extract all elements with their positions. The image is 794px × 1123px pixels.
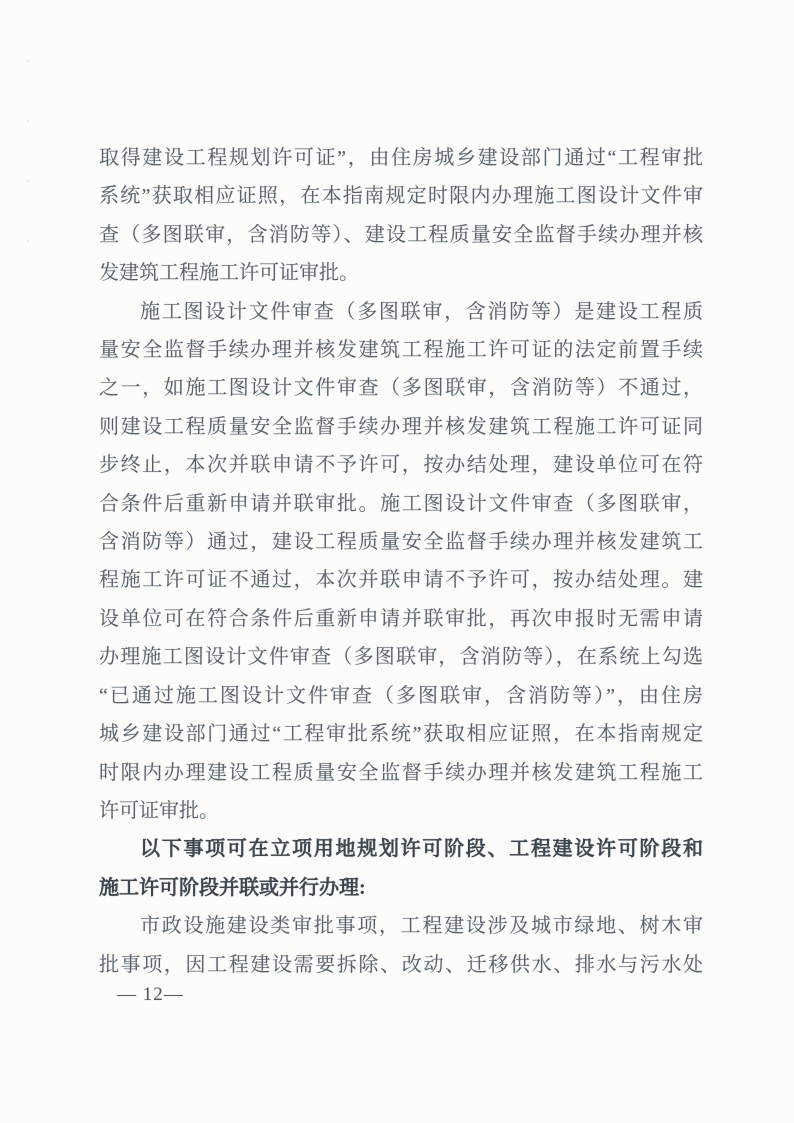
text-line: 合条件后重新申请并联审批。施工图设计文件审查（多图联审， <box>99 485 703 523</box>
text-line: 系统”获取相应证照，在本指南规定时限内办理施工图设计文件审 <box>99 177 703 215</box>
paragraph: 施工图设计文件审查（多图联审，含消防等）是建设工程质 量安全监督手续办理并核发建… <box>99 293 703 831</box>
document-page: 取得建设工程规划许可证”，由住房城乡建设部门通过“工程审批 系统”获取相应证照，… <box>0 0 794 1123</box>
text-line: 办理施工图设计文件审查（多图联审，含消防等），在系统上勾选 <box>99 638 703 676</box>
text-line: 步终止，本次并联申请不予许可，按办结处理，建设单位可在符 <box>99 446 703 484</box>
text-line: 施工许可阶段并联或并行办理: <box>99 869 703 907</box>
paragraph: 市政设施建设类审批事项，工程建设涉及城市绿地、树木审 批事项，因工程建设需要拆除… <box>99 907 703 984</box>
page-number: — 12— <box>117 984 184 1006</box>
text-line: 以下事项可在立项用地规划许可阶段、工程建设许可阶段和 <box>99 830 703 868</box>
text-line: 批事项，因工程建设需要拆除、改动、迁移供水、排水与污水处 <box>99 946 703 984</box>
text-line: 查（多图联审，含消防等）、建设工程质量安全监督手续办理并核 <box>99 216 703 254</box>
scan-artifact <box>27 60 29 260</box>
text-line: 之一，如施工图设计文件审查（多图联审，含消防等）不通过， <box>99 369 703 407</box>
text-line: “已通过施工图设计文件审查（多图联审，含消防等）”，由住房 <box>99 677 703 715</box>
paragraph: 取得建设工程规划许可证”，由住房城乡建设部门通过“工程审批 系统”获取相应证照，… <box>99 139 703 293</box>
text-line: 含消防等）通过，建设工程质量安全监督手续办理并核发建筑工 <box>99 523 703 561</box>
text-line: 许可证审批。 <box>99 792 703 830</box>
text-block: 取得建设工程规划许可证”，由住房城乡建设部门通过“工程审批 系统”获取相应证照，… <box>99 139 703 984</box>
text-line: 程施工许可证不通过，本次并联申请不予许可，按办结处理。建 <box>99 561 703 599</box>
text-line: 设单位可在符合条件后重新申请并联审批，再次申报时无需申请 <box>99 600 703 638</box>
text-line: 施工图设计文件审查（多图联审，含消防等）是建设工程质 <box>99 293 703 331</box>
text-line: 市政设施建设类审批事项，工程建设涉及城市绿地、树木审 <box>99 907 703 945</box>
text-line: 发建筑工程施工许可证审批。 <box>99 254 703 292</box>
paragraph-bold: 以下事项可在立项用地规划许可阶段、工程建设许可阶段和 施工许可阶段并联或并行办理… <box>99 830 703 907</box>
text-line: 时限内办理建设工程质量安全监督手续办理并核发建筑工程施工 <box>99 754 703 792</box>
text-line: 量安全监督手续办理并核发建筑工程施工许可证的法定前置手续 <box>99 331 703 369</box>
text-line: 城乡建设部门通过“工程审批系统”获取相应证照，在本指南规定 <box>99 715 703 753</box>
text-line: 则建设工程质量安全监督手续办理并核发建筑工程施工许可证同 <box>99 408 703 446</box>
text-line: 取得建设工程规划许可证”，由住房城乡建设部门通过“工程审批 <box>99 139 703 177</box>
